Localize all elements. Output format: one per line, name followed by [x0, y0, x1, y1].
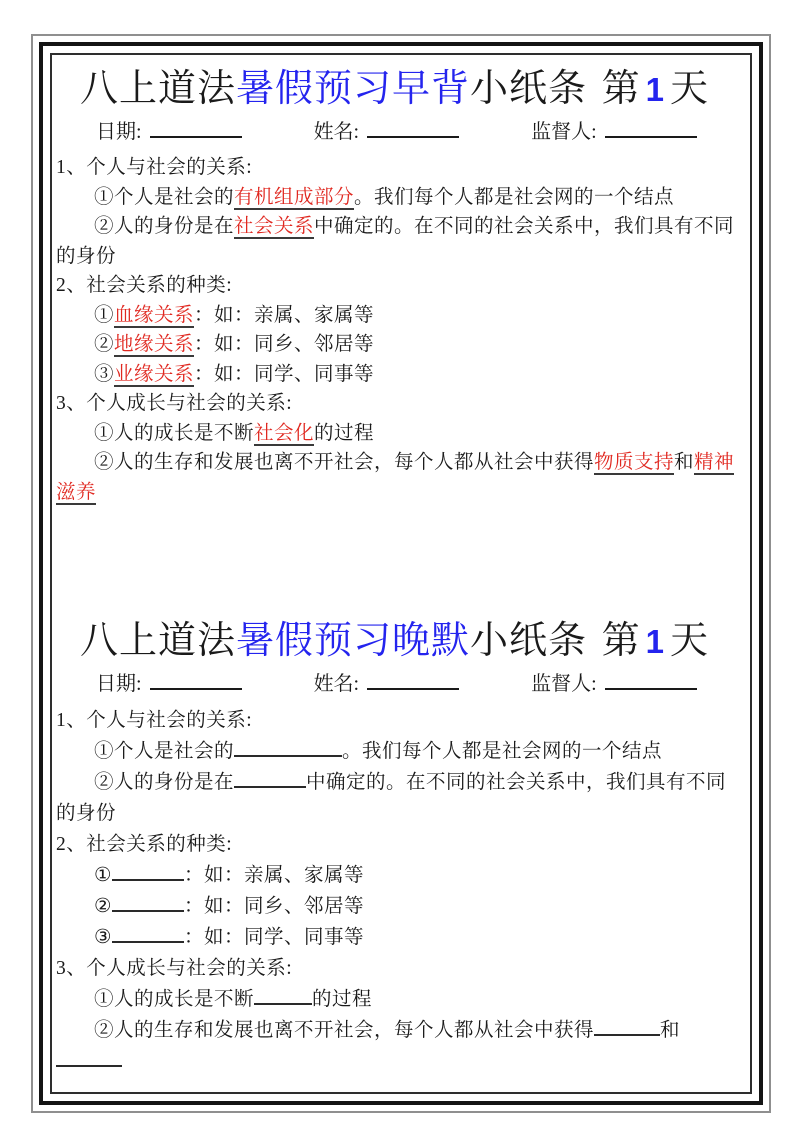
worksheet-line: ①：如：亲属、家属等 [56, 860, 744, 891]
fill-in-blank-line [56, 1048, 122, 1068]
body-text: 的过程 [314, 423, 374, 444]
worksheet-line: ①人的成长是不断社会化的过程 [56, 419, 744, 449]
body-text: ：如：同学、同事等 [194, 364, 374, 385]
body-text: ②人的生存和发展也离不开社会，每个人都从社会中获得 [94, 452, 594, 473]
title-highlight: 暑假预习晚默 [236, 620, 470, 662]
supervisor-blank-line [605, 118, 697, 138]
worksheet-line: ②人的生存和发展也离不开社会，每个人都从社会中获得和 [56, 1015, 744, 1077]
date-field: 日期: [96, 118, 242, 145]
date-blank-line [150, 670, 242, 690]
body-text: 1、个人与社会的关系: [56, 157, 252, 178]
title-highlight: 暑假预习早背 [236, 68, 470, 110]
worksheet-line: 3、个人成长与社会的关系: [56, 389, 744, 419]
date-label: 日期: [96, 119, 142, 145]
morning-slip-title: 八上道法暑假预习早背小纸条 第1天 [56, 59, 744, 114]
day-suffix: 天 [670, 620, 714, 662]
answer-text: 物质支持 [594, 452, 674, 475]
day-number: 1 [646, 71, 670, 108]
body-text: 2、社会关系的种类: [56, 275, 232, 296]
day-label: 第1天 [602, 65, 714, 114]
day-prefix: 第 [602, 68, 646, 110]
body-text: 1、个人与社会的关系: [56, 710, 252, 731]
worksheet-line: ②地缘关系：如：同乡、邻居等 [56, 330, 744, 360]
body-text: ③ [94, 927, 112, 948]
title-text: 八上道法暑假预习晚默小纸条 [80, 617, 587, 665]
answer-text: 地缘关系 [114, 334, 194, 357]
body-text: ：如：同乡、邻居等 [184, 896, 364, 917]
morning-slip-body: 1、个人与社会的关系:①个人是社会的有机组成部分。我们每个人都是社会网的一个结点… [56, 153, 744, 507]
date-field: 日期: [96, 670, 242, 697]
name-blank-line [367, 118, 459, 138]
answer-text: 社会化 [254, 423, 314, 446]
body-text: ②人的身份是在 [94, 216, 234, 237]
body-text: ①个人是社会的 [94, 187, 234, 208]
evening-slip-title: 八上道法暑假预习晚默小纸条 第1天 [56, 611, 744, 666]
supervisor-label: 监督人: [531, 671, 597, 697]
body-text: 的过程 [312, 989, 372, 1010]
evening-slip-section: 八上道法暑假预习晚默小纸条 第1天 日期: 姓名: 监督人: [56, 611, 744, 1077]
day-label: 第1天 [602, 617, 714, 666]
title-course-prefix: 八上道法 [80, 620, 236, 662]
supervisor-field: 监督人: [531, 670, 697, 697]
body-text: 和 [660, 1020, 680, 1041]
supervisor-field: 监督人: [531, 118, 697, 145]
name-blank-line [367, 670, 459, 690]
page-border-outer: 八上道法暑假预习早背小纸条 第1天 日期: 姓名: 监督人: [31, 34, 771, 1113]
body-text: ① [94, 865, 112, 886]
supervisor-blank-line [605, 670, 697, 690]
title-text: 八上道法暑假预习早背小纸条 [80, 65, 587, 113]
body-text: 2、社会关系的种类: [56, 834, 232, 855]
worksheet-line: ②：如：同乡、邻居等 [56, 891, 744, 922]
meta-row: 日期: 姓名: 监督人: [56, 670, 744, 697]
title-suffix: 小纸条 [470, 620, 587, 662]
supervisor-label: 监督人: [531, 119, 597, 145]
body-text: ：如：亲属、家属等 [194, 305, 374, 326]
body-text: ②人的生存和发展也离不开社会，每个人都从社会中获得 [94, 1020, 594, 1041]
body-text: ② [94, 334, 114, 355]
worksheet-line: ③业缘关系：如：同学、同事等 [56, 360, 744, 390]
name-field: 姓名: [314, 118, 460, 145]
date-blank-line [150, 118, 242, 138]
meta-row: 日期: 姓名: 监督人: [56, 118, 744, 145]
fill-in-blank-line [112, 862, 184, 882]
body-text: 。我们每个人都是社会网的一个结点 [342, 741, 662, 762]
answer-text: 血缘关系 [114, 305, 194, 328]
fill-in-blank-line [594, 1017, 660, 1037]
fill-in-blank-line [112, 893, 184, 913]
fill-in-blank-line [254, 986, 312, 1006]
body-text: ② [94, 896, 112, 917]
worksheet-line: 1、个人与社会的关系: [56, 153, 744, 183]
morning-slip-section: 八上道法暑假预习早背小纸条 第1天 日期: 姓名: 监督人: [56, 59, 744, 507]
page-border-inner: 八上道法暑假预习早背小纸条 第1天 日期: 姓名: 监督人: [50, 53, 752, 1094]
name-field: 姓名: [314, 670, 460, 697]
body-text: 和 [674, 452, 694, 473]
body-text: ①人的成长是不断 [94, 989, 254, 1010]
body-text: ③ [94, 364, 114, 385]
day-number: 1 [646, 623, 670, 660]
day-prefix: 第 [602, 620, 646, 662]
body-text: ：如：亲属、家属等 [184, 865, 364, 886]
worksheet-line: 3、个人成长与社会的关系: [56, 953, 744, 984]
body-text: ① [94, 305, 114, 326]
answer-text: 业缘关系 [114, 364, 194, 387]
worksheet-line: ②人的生存和发展也离不开社会，每个人都从社会中获得物质支持和精神滋养 [56, 448, 744, 507]
worksheet-line: ②人的身份是在中确定的。在不同的社会关系中，我们具有不同的身份 [56, 767, 744, 829]
body-text: ①人的成长是不断 [94, 423, 254, 444]
answer-text: 社会关系 [234, 216, 314, 239]
name-label: 姓名: [314, 119, 360, 145]
body-text: ①个人是社会的 [94, 741, 234, 762]
worksheet-line: ①血缘关系：如：亲属、家属等 [56, 301, 744, 331]
worksheet-line: ①人的成长是不断的过程 [56, 984, 744, 1015]
worksheet-line: ①个人是社会的有机组成部分。我们每个人都是社会网的一个结点 [56, 183, 744, 213]
body-text: 3、个人成长与社会的关系: [56, 958, 292, 979]
answer-text: 有机组成部分 [234, 187, 354, 210]
worksheet-line: ③：如：同学、同事等 [56, 922, 744, 953]
title-course-prefix: 八上道法 [80, 68, 236, 110]
worksheet-line: 1、个人与社会的关系: [56, 705, 744, 736]
fill-in-blank-line [112, 924, 184, 944]
worksheet-line: ②人的身份是在社会关系中确定的。在不同的社会关系中，我们具有不同的身份 [56, 212, 744, 271]
body-text: 。我们每个人都是社会网的一个结点 [354, 187, 674, 208]
title-suffix: 小纸条 [470, 68, 587, 110]
page-border-thick: 八上道法暑假预习早背小纸条 第1天 日期: 姓名: 监督人: [39, 42, 763, 1105]
worksheet-line: ①个人是社会的。我们每个人都是社会网的一个结点 [56, 736, 744, 767]
body-text: ：如：同乡、邻居等 [194, 334, 374, 355]
body-text: 3、个人成长与社会的关系: [56, 393, 292, 414]
fill-in-blank-line [234, 769, 306, 789]
day-suffix: 天 [670, 68, 714, 110]
evening-slip-body: 1、个人与社会的关系:①个人是社会的。我们每个人都是社会网的一个结点②人的身份是… [56, 705, 744, 1077]
date-label: 日期: [96, 671, 142, 697]
name-label: 姓名: [314, 671, 360, 697]
body-text: ②人的身份是在 [94, 772, 234, 793]
body-text: ：如：同学、同事等 [184, 927, 364, 948]
worksheet-line: 2、社会关系的种类: [56, 271, 744, 301]
worksheet-line: 2、社会关系的种类: [56, 829, 744, 860]
fill-in-blank-line [234, 738, 342, 758]
